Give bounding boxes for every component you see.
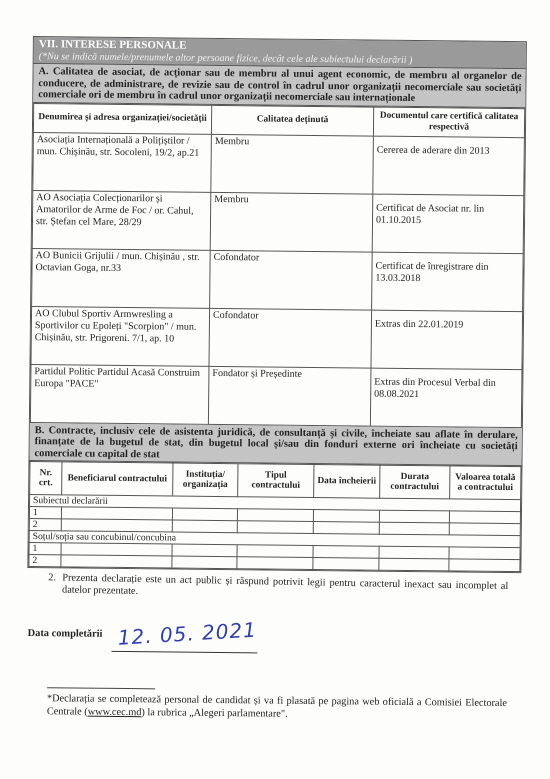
empty-cell — [379, 522, 449, 535]
handwritten-date: 12. 05. 2021 — [117, 618, 257, 650]
empty-cell — [379, 558, 449, 571]
declaration-note: 2. Prezenta declarație este un act publi… — [48, 572, 508, 605]
table-row: Partidul Politic Partidul Acasă Construi… — [30, 364, 522, 427]
empty-cell — [237, 521, 313, 534]
cell-doc: Extras din 22.01.2019 — [371, 310, 523, 370]
empty-cell — [449, 523, 520, 536]
row-number: 1 — [29, 507, 61, 519]
empty-cell — [172, 508, 237, 521]
empty-cell — [449, 511, 520, 524]
empty-cell — [313, 509, 379, 522]
row-number: 2 — [29, 519, 61, 531]
col-header: Beneficiarul contractului — [62, 462, 173, 496]
date-underline — [111, 651, 257, 654]
col-organization: Denumirea și adresa organizației/societă… — [33, 103, 211, 134]
cell-org: AO Bunicii Grijulii / mun. Chișinău , st… — [32, 248, 211, 308]
empty-cell — [237, 509, 313, 522]
empty-cell — [313, 545, 379, 558]
cell-role: Membru — [210, 192, 373, 252]
section-b-table: Nr. crt.Beneficiarul contractuluiInstitu… — [28, 461, 521, 572]
col-role: Calitatea deținută — [211, 105, 373, 136]
cell-doc: Cererea de aderare din 2013 — [373, 136, 525, 196]
cell-org: Partidul Politic Partidul Acasă Construi… — [30, 364, 209, 424]
section-a-table: Denumirea și adresa organizației/societă… — [30, 103, 525, 428]
col-header: Valoarea totală a contractului — [450, 466, 521, 500]
cell-org: AO Clubul Sportiv Armwresling a Sportivi… — [31, 306, 210, 366]
table-row: AO Clubul Sportiv Armwresling a Sportivi… — [31, 306, 523, 369]
empty-cell — [379, 546, 449, 559]
empty-cell — [172, 520, 237, 533]
row-number: 1 — [29, 543, 61, 555]
cell-role: Membru — [211, 134, 374, 194]
footnote: *Declarația se completează personal de c… — [47, 692, 507, 723]
footnote-divider — [47, 687, 155, 689]
col-header: Nr. crt. — [30, 462, 62, 495]
cell-role: Cofondator — [209, 308, 372, 368]
document-page: VII. INTERESE PERSONALE (*Nu se indică n… — [0, 0, 550, 779]
cell-org: Asociația Internațională a Polițiștilor … — [33, 132, 212, 192]
completion-date-label: Data completării — [28, 628, 103, 640]
empty-cell — [61, 555, 172, 568]
empty-cell — [313, 557, 379, 570]
empty-cell — [237, 545, 313, 558]
cec-link[interactable]: www.cec.md — [88, 707, 142, 719]
row-number: 2 — [29, 555, 61, 567]
col-header: Data încheierii — [314, 464, 380, 498]
empty-cell — [449, 547, 520, 560]
empty-cell — [237, 557, 313, 570]
col-header: Durata contractului — [380, 465, 450, 499]
empty-cell — [313, 521, 379, 534]
empty-cell — [172, 544, 237, 557]
footnote-text-end: ) la rubrica „Alegeri parlamentare". — [141, 707, 287, 720]
declaration-text: Prezenta declarație este un act public ș… — [48, 572, 508, 605]
personal-interests-section: VII. INTERESE PERSONALE (*Nu se indică n… — [27, 36, 527, 573]
cell-org: AO Asociația Colecționarilor și Amatoril… — [32, 190, 211, 250]
table-row: AO Bunicii Grijulii / mun. Chișinău , st… — [32, 248, 524, 311]
declaration-number: 2. — [48, 572, 56, 584]
table-row: Asociația Internațională a Polițiștilor … — [33, 132, 525, 195]
section-b-heading: B. Contracte, inclusiv cele de asistenta… — [29, 423, 521, 467]
empty-cell — [172, 556, 237, 569]
cell-role: Cofondator — [210, 250, 373, 310]
cell-doc: Certificat de înregistrare din 13.03.201… — [372, 252, 524, 312]
col-header: Instituția/ organizația — [173, 463, 238, 497]
empty-cell — [379, 510, 449, 523]
cell-role: Fondator și Președinte — [208, 366, 371, 426]
empty-cell — [449, 559, 520, 572]
col-header: Tipul contractului — [238, 464, 314, 498]
table-row: AO Asociația Colecționarilor și Amatoril… — [32, 190, 524, 253]
col-document: Documentul care certifică calitatea resp… — [373, 107, 524, 138]
section-a-heading: A. Calitatea de asociat, de acționar sau… — [33, 64, 525, 108]
cell-doc: Extras din Procesul Verbal din 08.08.202… — [370, 368, 522, 428]
cell-doc: Certificat de Asociat nr. lin 01.10.2015 — [372, 194, 524, 254]
